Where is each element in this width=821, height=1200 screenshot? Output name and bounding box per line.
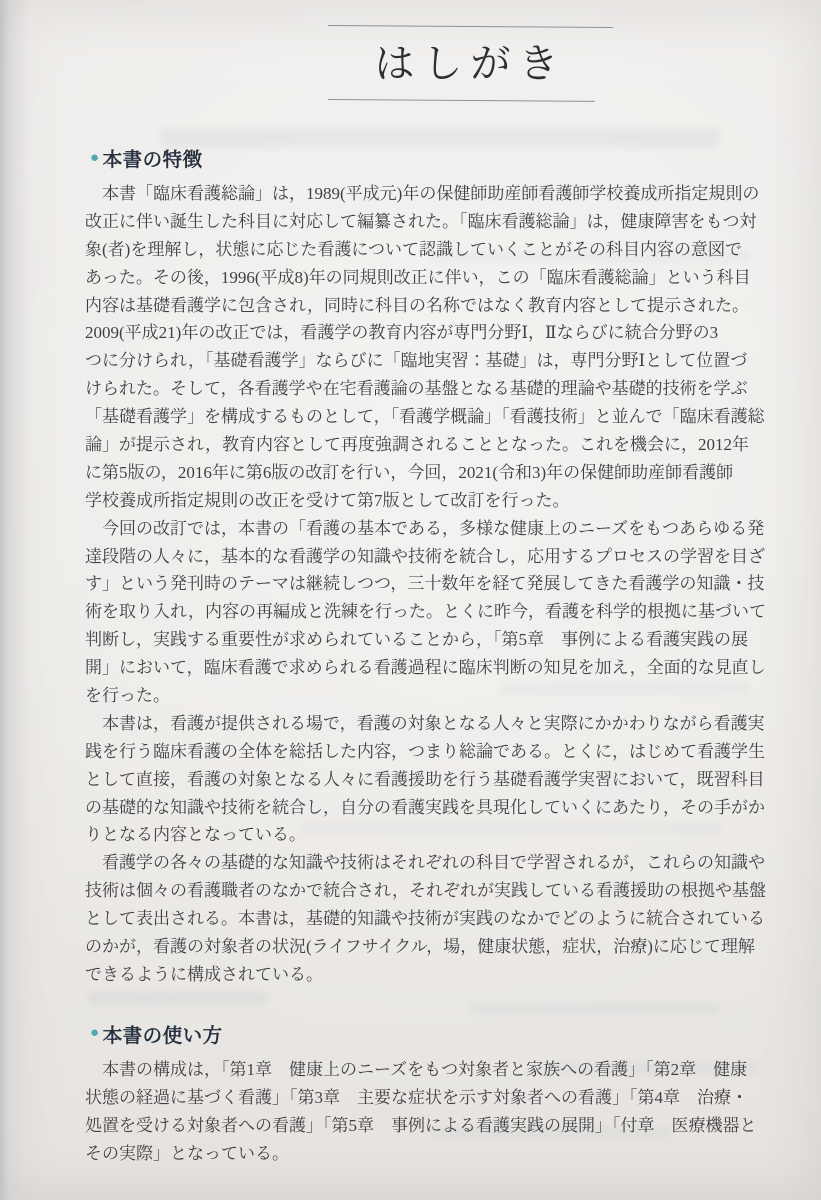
body-text-line: の基礎的な知識や技術を統合し，自分の看護実践を具現化していくにあたり，その手がか (85, 794, 764, 822)
body-text-line: 判断し，実践する重要性が求められていることから，「第5章 事例による看護実践の展 (85, 626, 764, 654)
title-block: はしがき (328, 25, 613, 100)
body-text-line: 象(者)を理解し，状態に応じた看護について認識していくことがその科目内容の意図で (85, 236, 764, 264)
body-text-line: 今回の改訂では，本書の「看護の基本である，多様な健康上のニーズをもつあらゆる発 (85, 515, 764, 543)
body-text-line: 本書は，看護が提供される場で，看護の対象となる人々と実際にかかわりながら看護実 (85, 710, 764, 738)
body-text-line: 改正に伴い誕生した科目に対応して編纂された。「臨床看護総論」は，健康障害をもつ対 (85, 208, 764, 236)
body-text-line: 「基礎看護学」を構成するものとして，「看護学概論」「看護技術」と並んで「臨床看護… (85, 403, 764, 431)
body-text-line: 2009(平成21)年の改正では，看護学の教育内容が専門分野Ⅰ，Ⅱならびに統合分… (85, 319, 764, 347)
body-text-line: 本書の構成は，「第1章 健康上のニーズをもつ対象者と家族への看護」「第2章 健康 (85, 1056, 764, 1084)
body-text-line: として直接，看護の対象となる人々に看護援助を行う基礎看護学実習において，既習科目 (85, 766, 764, 794)
body-text-line: できるように構成されている。 (85, 961, 764, 989)
body-text-line: 践を行う臨床看護の全体を総括した内容，つまり総論である。とくに，はじめて看護学生 (85, 738, 764, 766)
body-text-line: けられた。そして，各看護学や在宅看護論の基盤となる基礎的理論や基礎的技術を学ぶ (85, 375, 764, 403)
body-text-line: のかが，看護の対象者の状況(ライフサイクル，場，健康状態，症状，治療)に応じて理… (85, 933, 764, 961)
body-text-line: 達段階の人々に，基本的な看護学の知識や技術を統合し，応用するプロセスの学習を目ざ (85, 543, 764, 571)
section: ● 本書の特徴 本書「臨床看護総論」は，1989(平成元)年の保健師助産師看護師… (85, 146, 764, 989)
title-rule-bottom (328, 99, 595, 102)
body-text-line: 処置を受ける対象者への看護」「第5章 事例による看護実践の展開」「付章 医療機器… (85, 1112, 764, 1140)
section: ● 本書の使い方 本書の構成は，「第1章 健康上のニーズをもつ対象者と家族への看… (85, 1022, 764, 1168)
body-text-line: つに分けられ，「基礎看護学」ならびに「臨地実習：基礎」は，専門分野Ⅰとして位置づ (85, 347, 764, 375)
title-rule-top (328, 25, 613, 28)
section-heading-label: 本書の使い方 (103, 1020, 223, 1048)
body-text-line: 論」が提示され，教育内容として再度強調されることとなった。これを機会に，2012… (85, 431, 764, 459)
page-title: はしがき (328, 42, 613, 86)
body-text-line: 術を取り入れ，内容の再編成と洗練を行った。とくに昨今，看護を科学的根拠に基づいて (85, 598, 764, 626)
body-text-line: す」という発刊時のテーマは継続しつつ，三十数年を経て発展してきた看護学の知識・技 (85, 570, 764, 598)
section-body: 本書の構成は，「第1章 健康上のニーズをもつ対象者と家族への看護」「第2章 健康… (85, 1056, 764, 1168)
sections: ● 本書の特徴 本書「臨床看護総論」は，1989(平成元)年の保健師助産師看護師… (85, 146, 764, 1167)
book-page: はしがき ● 本書の特徴 本書「臨床看護総論」は，1989(平成元)年の保健師助… (0, 0, 821, 1200)
body-text-line: 技術は個々の看護職者のなかで統合され，それぞれが実践している看護援助の根拠や基盤 (85, 877, 764, 905)
body-text-line: 内容は基礎看護学に包含され，同時に科目の名称ではなく教育内容として提示された。 (85, 292, 764, 320)
section-body: 本書「臨床看護総論」は，1989(平成元)年の保健師助産師看護師学校養成所指定規… (85, 180, 764, 989)
body-text-line: に第5版の，2016年に第6版の改訂を行い，今回，2021(令和3)年の保健師助… (85, 459, 764, 487)
section-heading: ● 本書の使い方 (85, 1022, 764, 1046)
body-text-line: 学校養成所指定規則の改正を受けて第7版として改訂を行った。 (85, 487, 764, 515)
body-text-line: として表出される。本書は，基礎的知識や技術が実践のなかでどのように統合されている (85, 905, 764, 933)
section-heading-label: 本書の特徴 (103, 144, 203, 172)
body-text-line: 看護学の各々の基礎的な知識や技術はそれぞれの科目で学習されるが，これらの知識や (85, 849, 764, 877)
section-bullet-icon: ● (90, 1026, 100, 1041)
bleed-through-ghost (160, 128, 720, 148)
body-text-line: あった。その後，1996(平成8)年の同規則改正に伴い，この「臨床看護総論」とい… (85, 264, 764, 292)
body-text-line: りとなる内容となっている。 (85, 821, 764, 849)
body-text-line: 状態の経過に基づく看護」「第3章 主要な症状を示す対象者への看護」「第4章 治療… (85, 1084, 764, 1112)
body-text-line: その実際」となっている。 (85, 1140, 764, 1168)
body-text-line: 開」において，臨床看護で求められる看護過程に臨床判断の知見を加え，全面的な見直し (85, 654, 764, 682)
section-bullet-icon: ● (90, 151, 100, 166)
section-heading: ● 本書の特徴 (85, 146, 764, 170)
body-text-line: を行った。 (85, 682, 764, 710)
body-text-line: 本書「臨床看護総論」は，1989(平成元)年の保健師助産師看護師学校養成所指定規… (85, 180, 764, 208)
